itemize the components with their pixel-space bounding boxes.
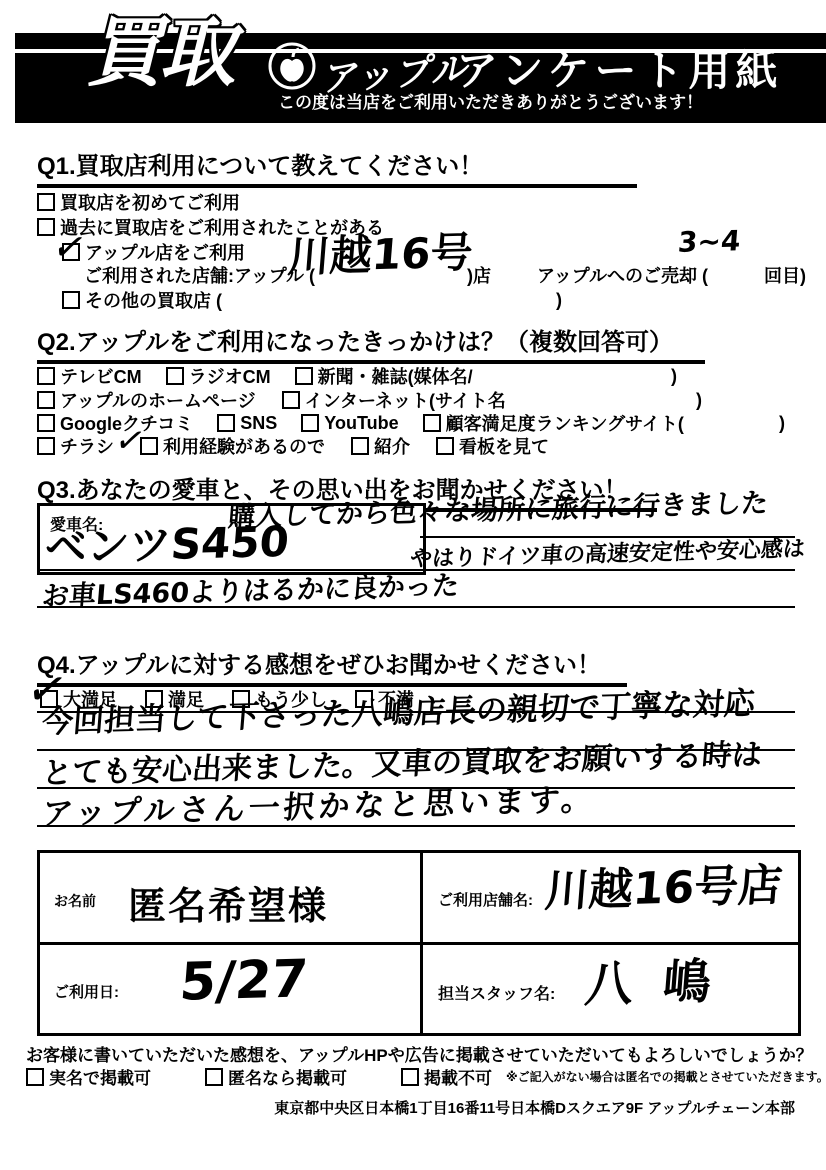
- sell-suffix: 回目): [764, 262, 806, 288]
- option-label: 新聞・雑誌(媒体名/: [318, 363, 473, 389]
- store-name-label: ご利用店舗名:: [438, 889, 533, 910]
- checkbox-signboard[interactable]: [436, 437, 454, 455]
- q1-option-other: その他の買取店 ( ): [62, 287, 562, 313]
- publish-question: お客様に書いていただいた感想を、アップルHPや広告に掲載させていただいてもよろし…: [26, 1041, 813, 1066]
- checkbox-sns[interactable]: [217, 414, 235, 432]
- checkbox-youtube[interactable]: [301, 414, 319, 432]
- checkbox-ranking-site[interactable]: [423, 414, 441, 432]
- option-label: 看板を見て: [459, 433, 549, 459]
- checkbox-publish-real-name[interactable]: [26, 1068, 44, 1086]
- option-label: YouTube: [324, 413, 398, 434]
- q4-title: Q4.アップルに対する感想をぜひお聞かせください！: [37, 645, 627, 687]
- handwritten-memo-line3: お車LS460よりはるかに良かった: [41, 573, 460, 611]
- option-label: 掲載不可: [424, 1064, 492, 1089]
- option-label: 匿名なら掲載可: [228, 1064, 347, 1089]
- checkbox-first-time[interactable]: [37, 193, 55, 211]
- checkbox-flyer[interactable]: [37, 437, 55, 455]
- option-label: 買取店を初めてご利用: [60, 189, 240, 215]
- handwritten-staff-name: 八嶋: [583, 957, 743, 1009]
- checkbox-homepage[interactable]: [37, 391, 55, 409]
- close-paren: ): [556, 290, 562, 311]
- option-label: チラシ: [60, 433, 114, 459]
- company-address: 東京都中央区日本橋1丁目16番11号日本橋Dスクエア9F アップルチェーン本部: [37, 1097, 795, 1118]
- staff-label: 担当スタッフ名:: [438, 981, 555, 1004]
- option-label: その他の買取店 (: [85, 287, 222, 313]
- sell-prefix: アップルへのご売却 (: [537, 262, 708, 288]
- checkbox-publish-anonymous[interactable]: [205, 1068, 223, 1086]
- checkbox-internet[interactable]: [282, 391, 300, 409]
- close-paren: ): [696, 390, 702, 411]
- handwritten-comment-line2: とても安心出来ました。又車の買取をお願いする時は: [41, 741, 763, 790]
- q1-title: Q1.買取店利用について教えてください！: [37, 146, 637, 188]
- checkbox-referral[interactable]: [351, 437, 369, 455]
- checkbox-tv-cm[interactable]: [37, 367, 55, 385]
- kaitori-logo: 買取: [86, 16, 232, 92]
- close-paren: ): [779, 413, 785, 434]
- customer-name: 匿名希望様: [128, 875, 328, 930]
- q2-title: Q2.アップルをご利用になったきっかけは？（複数回答可）: [37, 322, 705, 364]
- publish-options-row: 実名で掲載可 匿名なら掲載可 掲載不可 ※ご記入がない場合は匿名での掲載とさせて…: [26, 1064, 826, 1089]
- handwritten-store-name: 川越16号: [286, 232, 474, 279]
- option-label: ラジオCM: [189, 363, 271, 389]
- option-label: 実名で掲載可: [49, 1064, 151, 1089]
- option-label: 紹介: [374, 433, 410, 459]
- option-label: SNS: [240, 413, 277, 434]
- option-label: 利用経験があるので: [163, 433, 325, 459]
- name-label: お名前: [54, 891, 96, 911]
- handwritten-store-name-value: 川越16号店: [543, 864, 784, 914]
- handwritten-memo-line2: やはりドイツ車の高速安定性や安心感は: [409, 539, 806, 571]
- option-label: テレビCM: [60, 363, 142, 389]
- handwritten-date-value: 5/27: [178, 953, 310, 1008]
- survey-sheet: 買取 アップル アンケート用紙 この度は当店をご利用いただきありがとうございます…: [0, 0, 826, 1170]
- handwritten-comment-line3: アップルさん一択かなと思います。: [41, 785, 597, 831]
- checkbox-google-review[interactable]: [37, 414, 55, 432]
- publish-note: ※ご記入がない場合は匿名での掲載とさせていただきます。: [506, 1068, 826, 1085]
- table-divider-horizontal: [40, 942, 798, 945]
- close-paren: ): [671, 366, 677, 387]
- q2-row-1: テレビCM ラジオCM 新聞・雑誌(媒体名/ ): [37, 363, 677, 389]
- checkbox-used-before[interactable]: [37, 218, 55, 236]
- header-tagline: この度は当店をご利用いただきありがとうございます！: [278, 88, 703, 113]
- handwritten-sell-count: 3~4: [677, 227, 742, 257]
- q1-option-first-time: 買取店を初めてご利用: [37, 189, 240, 215]
- store-prefix: ご利用された店舗:アップル (: [84, 262, 315, 288]
- checkbox-radio-cm[interactable]: [166, 367, 184, 385]
- checkbox-publish-no[interactable]: [401, 1068, 419, 1086]
- checkbox-newspaper[interactable]: [295, 367, 313, 385]
- customer-info-table: お名前 匿名希望様 ご利用店舗名: 川越16号店 ご利用日: 5/27 担当スタ…: [37, 850, 801, 1036]
- date-label: ご利用日:: [54, 981, 119, 1002]
- checkbox-other-shop[interactable]: [62, 291, 80, 309]
